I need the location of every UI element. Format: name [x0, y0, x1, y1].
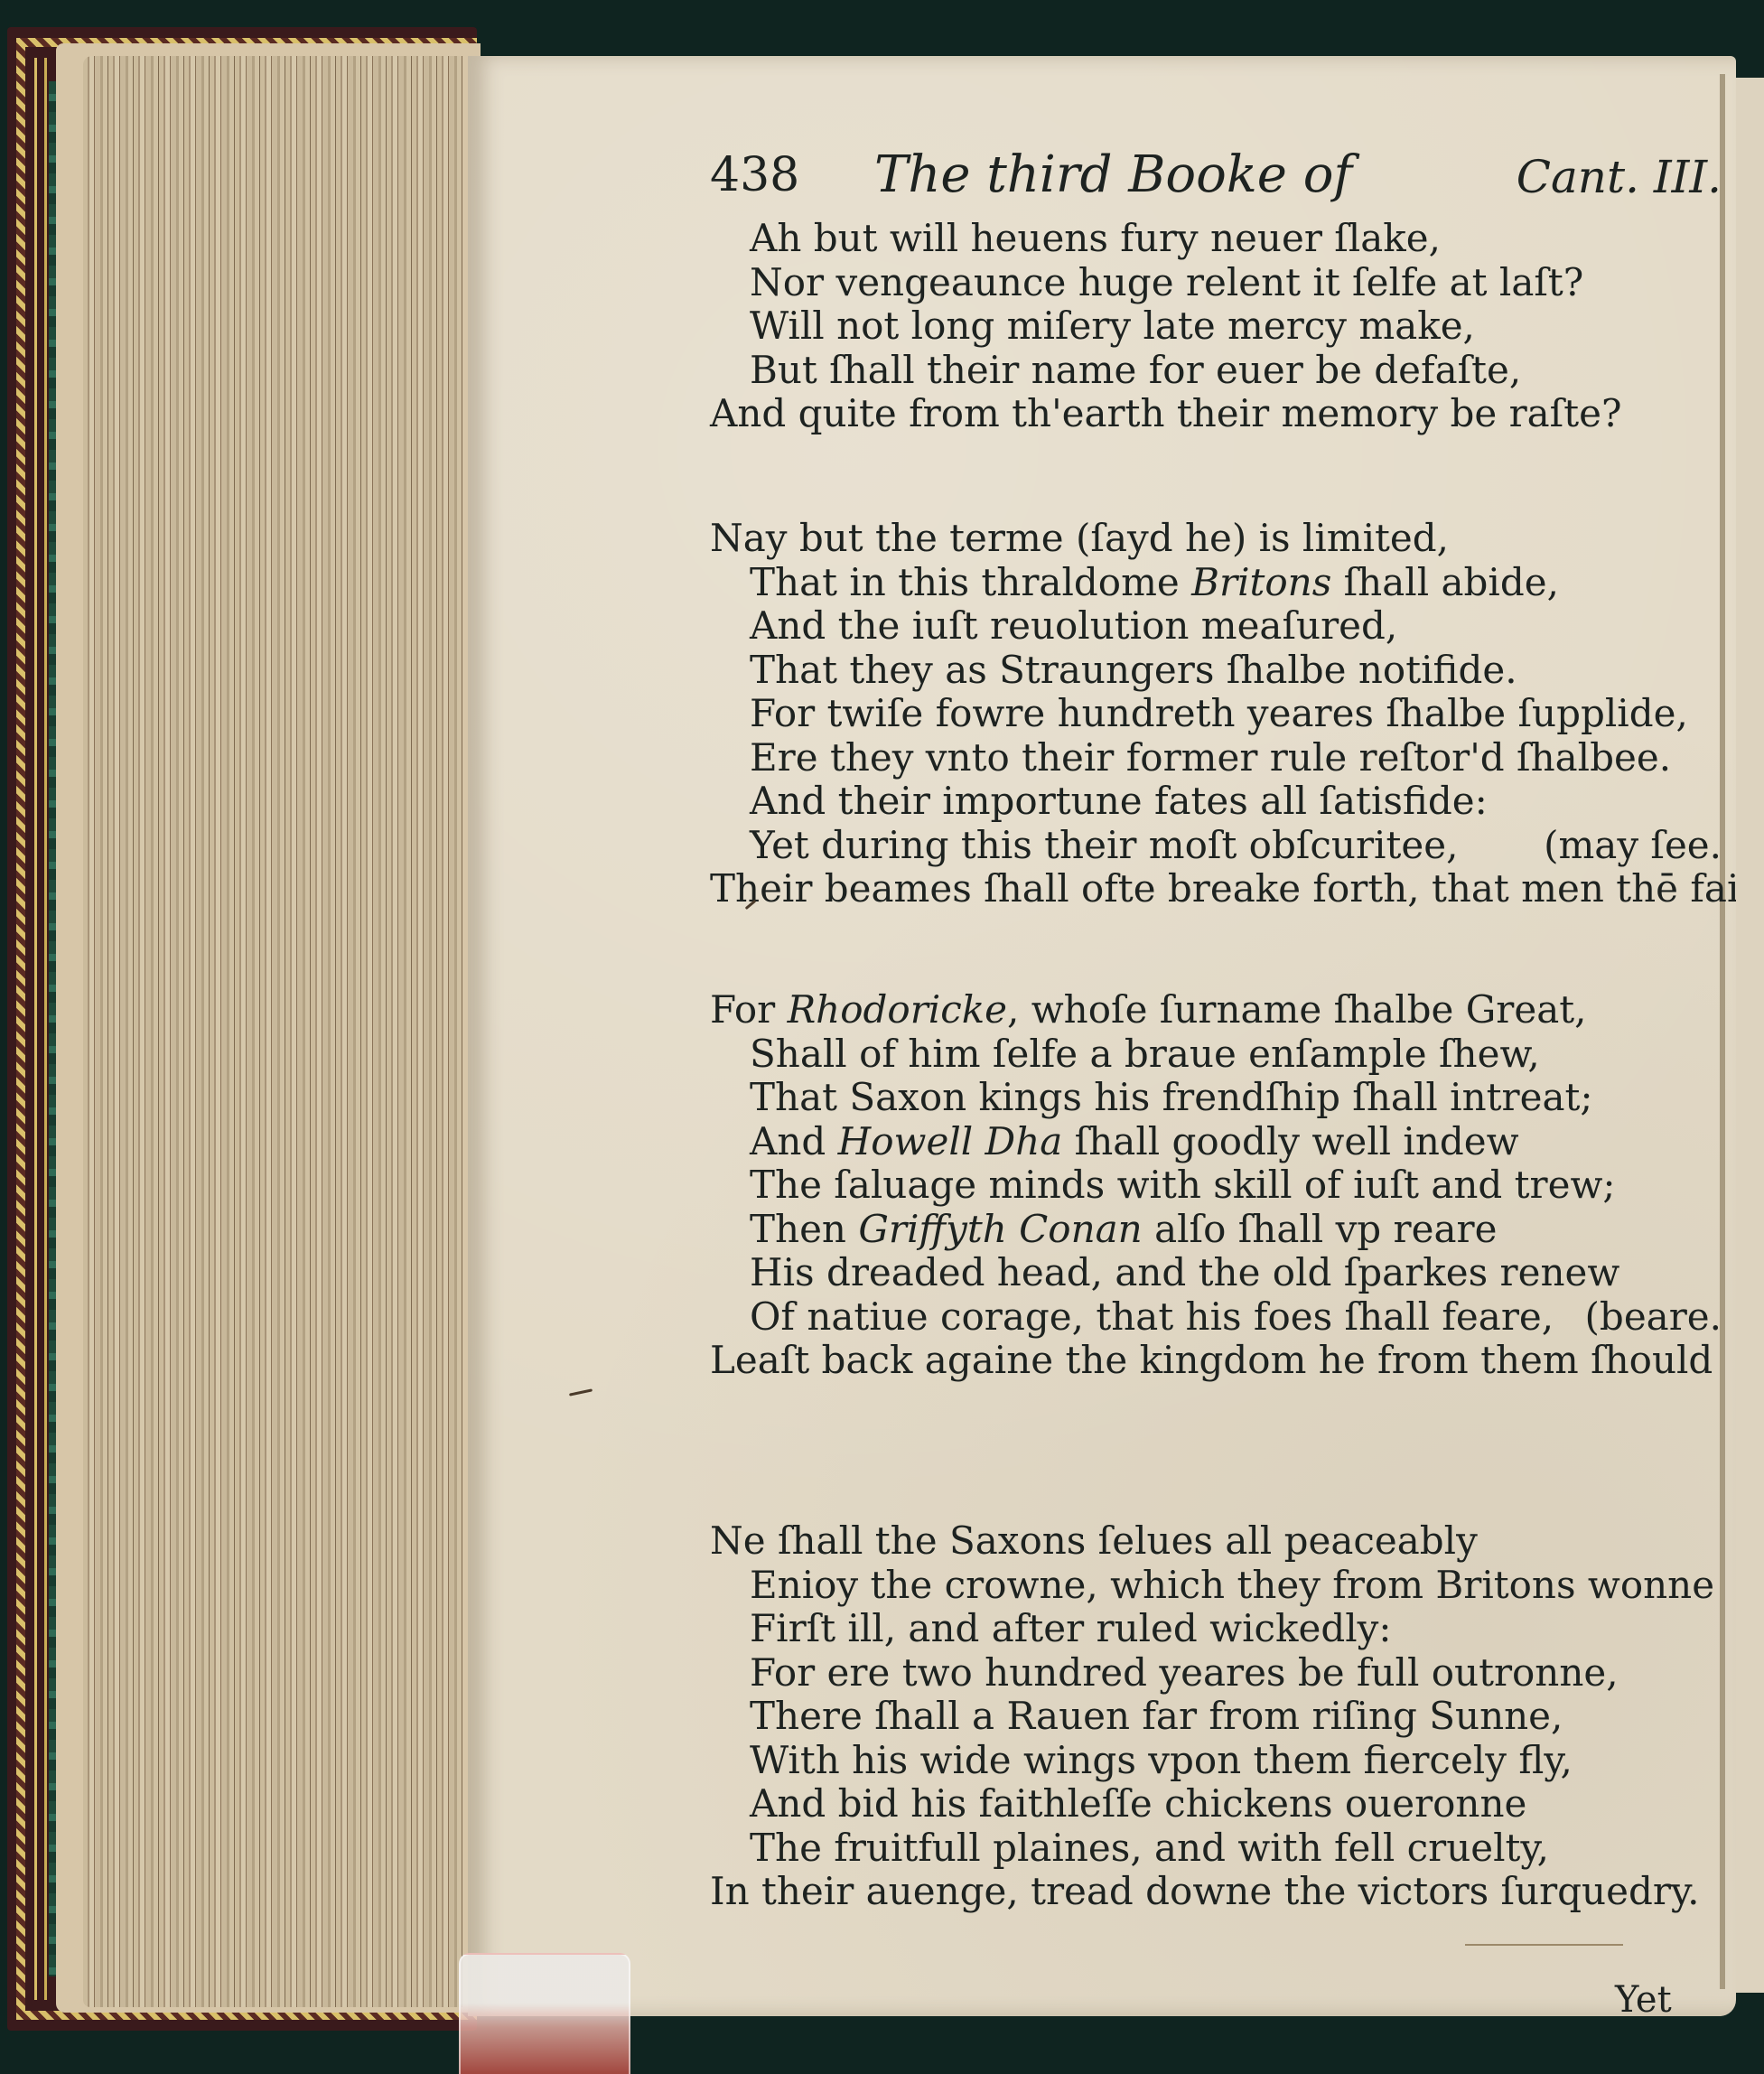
verse-line: For ere two hundred yeares be full outro… — [710, 1651, 1722, 1696]
verse-line: And the iuſt reuolution meaſured, — [710, 604, 1722, 649]
verse-line: Nor vengeaunce huge relent it ſelfe at l… — [710, 261, 1722, 305]
running-head: 438 The third Booke of Cant. III. — [710, 154, 1722, 217]
running-head-title: The third Booke of — [874, 154, 1352, 197]
gilt-fillet-lines — [34, 58, 47, 2000]
verse-text: The ſaluage minds with skill of iuſt and… — [750, 1163, 1616, 1207]
verse-text: Ah but will heuens fury neuer ſlake, — [750, 216, 1441, 260]
verse-text: The fruitfull plaines, and with fell cru… — [750, 1826, 1549, 1870]
verse-text: Ne ſhall the Saxons ſelues all peaceably — [710, 1518, 1478, 1563]
verse-line: Ere they vnto their former rule reſtor'd… — [710, 736, 1722, 780]
catchword: Yet — [1615, 1978, 1672, 2022]
verse-line: Then Griffyth Conan alſo ſhall vp reare — [710, 1208, 1722, 1252]
verse-text: Then — [750, 1207, 858, 1251]
verse-line: That in this thraldome Britons ſhall abi… — [710, 561, 1722, 605]
verse-text: That in this thraldome — [750, 560, 1191, 604]
italic-proper-name: Rhodoricke — [788, 987, 1007, 1032]
italic-proper-name: Griffyth Conan — [858, 1207, 1142, 1251]
marginal-pen-mark — [569, 1388, 593, 1396]
verse-line: Nay but the terme (ſayd he) is limited, — [710, 517, 1722, 561]
stanza-2: Nay but the terme (ſayd he) is limited, … — [710, 517, 1722, 911]
verse-text: Shall of him ſelfe a braue enſample ſhew… — [750, 1032, 1540, 1076]
verse-text: Nor vengeaunce huge relent it ſelfe at l… — [750, 260, 1583, 304]
verse-line: Shall of him ſelfe a braue enſample ſhew… — [710, 1032, 1722, 1077]
turnover-text: (may ſee. — [1544, 824, 1722, 867]
verse-line: In their auenge, tread downe the victors… — [710, 1870, 1722, 1914]
verse-line: Of natiue corage, that his foes ſhall fe… — [710, 1295, 1722, 1340]
verse-text: There ſhall a Rauen far from riſing Sunn… — [750, 1694, 1563, 1738]
facing-page-edge — [1736, 78, 1764, 1993]
verse-text: , whoſe ſurname ſhalbe Great, — [1007, 987, 1586, 1032]
verse-text: Will not long miſery late mercy make, — [750, 304, 1475, 348]
verse-line: There ſhall a Rauen far from riſing Sunn… — [710, 1695, 1722, 1739]
italic-proper-name: Howell Dha — [838, 1119, 1063, 1163]
stanza-3: For Rhodoricke, whoſe ſurname ſhalbe Gre… — [710, 988, 1722, 1383]
verse-text: And — [750, 1119, 838, 1163]
verse-line: But ſhall their name for euer be defaſte… — [710, 349, 1722, 393]
verse-text: For ere two hundred yeares be full outro… — [750, 1650, 1619, 1695]
verse-line: The ſaluage minds with skill of iuſt and… — [710, 1163, 1722, 1208]
book-page: 438 The third Booke of Cant. III. Ah but… — [468, 56, 1736, 2016]
verse-line: And quite from th'earth their memory be … — [710, 392, 1722, 436]
verse-line: The fruitfull plaines, and with fell cru… — [710, 1826, 1722, 1871]
page-number: 438 — [710, 154, 799, 197]
verse-text: ſhall abide, — [1331, 560, 1559, 604]
verse-line: And bid his faithleſſe chickens oueronne — [710, 1782, 1722, 1826]
verse-text: In their auenge, tread downe the victors… — [710, 1869, 1699, 1913]
turnover-text: (beare. — [1585, 1295, 1722, 1339]
verse-text: ſhall goodly well indew — [1062, 1119, 1518, 1163]
fore-edge-of-pages — [83, 56, 462, 2007]
verse-line: And Howell Dha ſhall goodly well indew — [710, 1120, 1722, 1164]
stanza-1: Ah but will heuens fury neuer ſlake, Nor… — [710, 217, 1722, 436]
verse-text: For twiſe fowre hundreth yeares ſhalbe ſ… — [750, 691, 1688, 735]
verse-text: That they as Straungers ſhalbe notifide. — [750, 648, 1517, 692]
verse-text: alſo ſhall vp reare — [1143, 1207, 1498, 1251]
verse-text: For — [710, 987, 788, 1032]
page-weight — [459, 1953, 630, 2074]
verse-text: And the iuſt reuolution meaſured, — [750, 603, 1397, 648]
verse-text: Of natiue corage, that his foes ſhall fe… — [750, 1294, 1554, 1339]
verse-line: Will not long miſery late mercy make, — [710, 304, 1722, 349]
verse-text: Yet during this their moſt obſcuritee, — [750, 823, 1458, 867]
verse-line: For Rhodoricke, whoſe ſurname ſhalbe Gre… — [710, 988, 1722, 1032]
verse-line: Ah but will heuens fury neuer ſlake, — [710, 217, 1722, 261]
verse-text: Nay but the terme (ſayd he) is limited, — [710, 516, 1449, 560]
verse-line: For twiſe fowre hundreth yeares ſhalbe ſ… — [710, 692, 1722, 736]
verse-line: That Saxon kings his frendſhip ſhall int… — [710, 1076, 1722, 1120]
verse-line: Ne ſhall the Saxons ſelues all peaceably — [710, 1519, 1722, 1564]
page-text-area: 438 The third Booke of Cant. III. Ah but… — [468, 56, 1736, 2016]
verse-text: His dreaded head, and the old ſparkes re… — [750, 1250, 1619, 1294]
verse-text: Firſt ill, and after ruled wickedly: — [750, 1606, 1392, 1650]
verse-text: With his wide wings vpon them fiercely f… — [750, 1738, 1573, 1782]
verse-text: Leaſt back againe the kingdom he from th… — [710, 1338, 1713, 1382]
verse-text: Ere they vnto their former rule reſtor'd… — [750, 735, 1671, 780]
verse-text: That Saxon kings his frendſhip ſhall int… — [750, 1075, 1593, 1119]
verse-line: Firſt ill, and after ruled wickedly: — [710, 1607, 1722, 1651]
verse-text: And their importune fates all ſatisfide: — [750, 779, 1488, 823]
verse-text: Enioy the crowne, which they from Briton… — [750, 1563, 1714, 1607]
stanza-4: Ne ſhall the Saxons ſelues all peaceably… — [710, 1519, 1722, 1914]
verse-line: With his wide wings vpon them fiercely f… — [710, 1739, 1722, 1783]
verse-text: But ſhall their name for euer be defaſte… — [750, 348, 1521, 392]
italic-proper-name: Britons — [1191, 560, 1331, 604]
verse-text: And bid his faithleſſe chickens oueronne — [750, 1781, 1526, 1826]
verse-line: Their beames ſhall ofte breake forth, th… — [710, 867, 1722, 911]
verse-text: And quite from th'earth their memory be … — [710, 391, 1621, 435]
verse-line: Leaſt back againe the kingdom he from th… — [710, 1339, 1722, 1383]
verse-line: Enioy the crowne, which they from Briton… — [710, 1564, 1722, 1608]
verse-line: And their importune fates all ſatisfide: — [710, 780, 1722, 824]
verse-line: That they as Straungers ſhalbe notifide. — [710, 649, 1722, 693]
verse-line: Yet during this their moſt obſcuritee,(m… — [710, 824, 1722, 868]
verse-line: His dreaded head, and the old ſparkes re… — [710, 1251, 1722, 1295]
verse-text: Their beames ſhall ofte breake forth, th… — [710, 866, 1764, 911]
canto-label: Cant. III. — [1517, 155, 1722, 199]
ink-underline — [1465, 1944, 1623, 1946]
